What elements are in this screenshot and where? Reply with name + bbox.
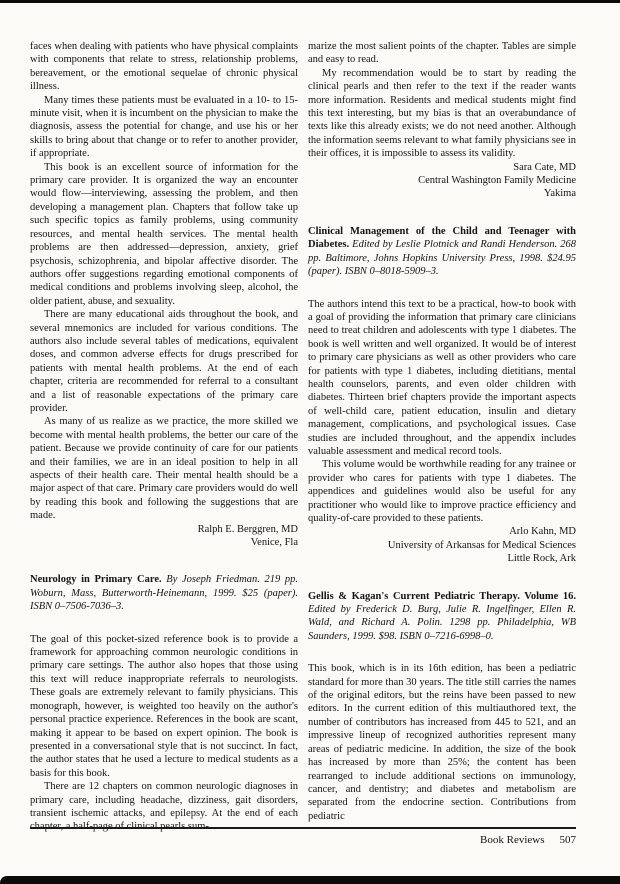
review-paragraph: This book is an excellent source of info… xyxy=(30,161,298,308)
reviewer-location: Venice, Fla xyxy=(30,536,298,549)
reviewer-name: Sara Cate, MD xyxy=(308,161,576,174)
page-footer: Book Reviews507 xyxy=(30,833,576,847)
reviewer-signature: Ralph E. Berggren, MD Venice, Fla xyxy=(30,523,298,550)
reviewer-affiliation: University of Arkansas for Medical Scien… xyxy=(308,539,576,552)
footer-page-number: 507 xyxy=(560,834,577,846)
reviewer-signature: Arlo Kahn, MD University of Arkansas for… xyxy=(308,525,576,565)
book-title: Gellis & Kagan's Current Pediatric Thera… xyxy=(308,591,576,602)
review-paragraph: faces when dealing with patients who hav… xyxy=(30,40,298,94)
review-paragraph: The authors intend this text to be a pra… xyxy=(308,298,576,459)
reviewer-name: Arlo Kahn, MD xyxy=(308,525,576,538)
review-paragraph: The goal of this pocket-sized reference … xyxy=(30,633,298,780)
book-heading: Clinical Management of the Child and Tee… xyxy=(308,225,576,279)
book-citation: Edited by Frederick D. Burg, Julie R. In… xyxy=(308,604,576,642)
review-paragraph: This book, which is in its 16th edition,… xyxy=(308,662,576,823)
reviewer-affiliation: Central Washington Family Medicine xyxy=(308,174,576,187)
review-paragraph: There are many educational aids througho… xyxy=(30,308,298,415)
footer-rule xyxy=(30,827,576,829)
right-column: marize the most salient points of the ch… xyxy=(308,40,576,823)
footer-section-label: Book Reviews xyxy=(480,834,544,846)
reviewer-name: Ralph E. Berggren, MD xyxy=(30,523,298,536)
journal-page: faces when dealing with patients who hav… xyxy=(0,0,620,884)
page-top-edge xyxy=(0,0,620,3)
review-paragraph: There are 12 chapters on common neurolog… xyxy=(30,780,298,834)
book-citation: Edited by Leslie Plotnick and Randi Hend… xyxy=(308,239,576,277)
review-paragraph: Many times these patients must be evalua… xyxy=(30,94,298,161)
reviewer-location: Yakima xyxy=(308,187,576,200)
review-paragraph: As many of us realize as we practice, th… xyxy=(30,415,298,522)
review-paragraph: This volume would be worthwhile reading … xyxy=(308,458,576,525)
review-paragraph: My recommendation would be to start by r… xyxy=(308,67,576,161)
left-column: faces when dealing with patients who hav… xyxy=(30,40,298,834)
book-heading: Gellis & Kagan's Current Pediatric Thera… xyxy=(308,590,576,644)
page-bottom-edge xyxy=(0,876,620,884)
book-heading: Neurology in Primary Care. By Joseph Fri… xyxy=(30,573,298,613)
book-title: Neurology in Primary Care. xyxy=(30,574,162,585)
reviewer-signature: Sara Cate, MD Central Washington Family … xyxy=(308,161,576,201)
review-paragraph: marize the most salient points of the ch… xyxy=(308,40,576,67)
reviewer-location: Little Rock, Ark xyxy=(308,552,576,565)
